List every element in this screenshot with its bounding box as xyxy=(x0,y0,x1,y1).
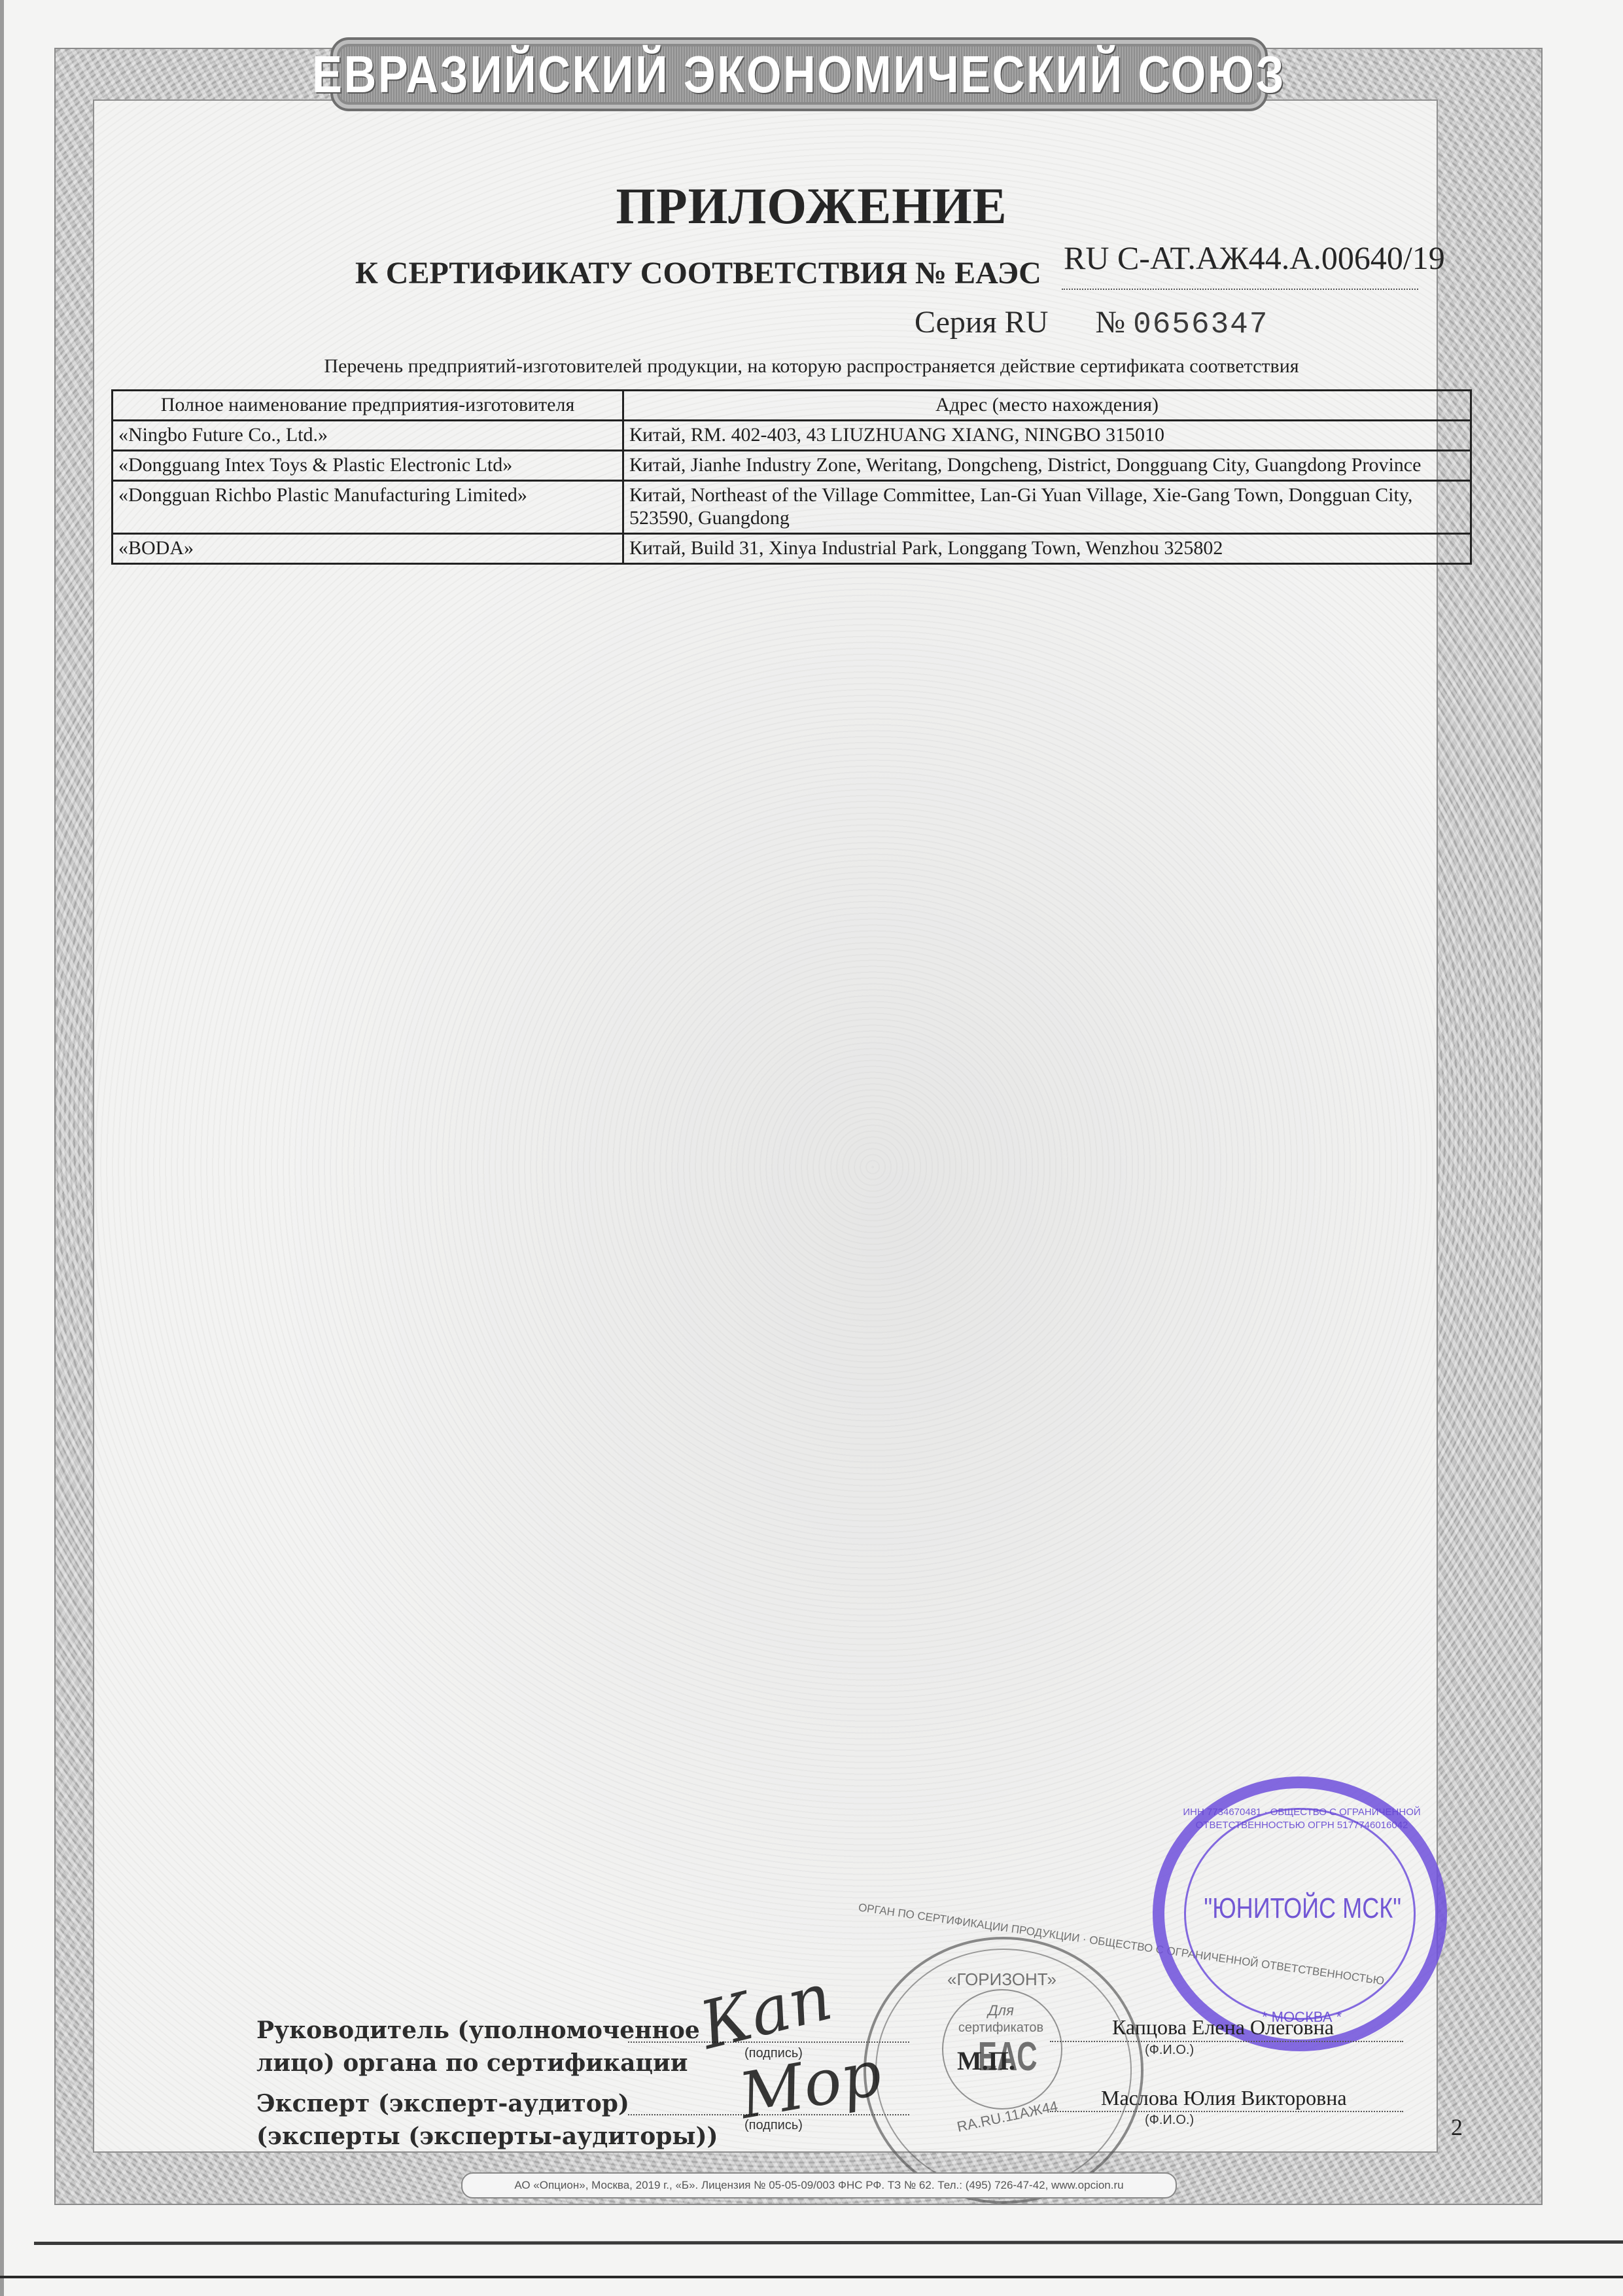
company-seal-outer-text: ИНН 7734670481 · ОБЩЕСТВО С ОГРАНИЧЕННОЙ… xyxy=(1164,1806,1439,1832)
table-header-row: Полное наименование предприятия-изготови… xyxy=(113,391,1471,421)
manufacturers-table: Полное наименование предприятия-изготови… xyxy=(111,389,1472,565)
column-header-address: Адрес (место нахождения) xyxy=(623,391,1471,421)
manufacturer-name: «BODA» xyxy=(113,534,623,564)
manufacturer-address: Китай, Jianhe Industry Zone, Weritang, D… xyxy=(623,451,1471,481)
manufacturer-name: «Ningbo Future Co., Ltd.» xyxy=(113,421,623,451)
expert-fio-caption: (Ф.И.О.) xyxy=(1145,2113,1194,2128)
banner-text: ЕВРАЗИЙСКИЙ ЭКОНОМИЧЕСКИЙ СОЮЗ xyxy=(312,44,1285,105)
certificate-subtitle: К СЕРТИФИКАТУ СООТВЕТСТВИЯ № ЕАЭС xyxy=(355,255,1041,291)
certificate-number: RU С-AT.АЖ44.А.00640/19 xyxy=(1064,239,1445,277)
seal-name: «ГОРИЗОНТ» xyxy=(947,1969,1052,1990)
manufacturer-name: «Dongguang Intex Toys & Plastic Electron… xyxy=(113,451,623,481)
page-bottom-edge xyxy=(0,2276,1623,2278)
manufacturer-name: «Dongguan Richbo Plastic Manufacturing L… xyxy=(113,481,623,534)
certificate-heading: К СЕРТИФИКАТУ СООТВЕТСТВИЯ № ЕАЭС RU С-A… xyxy=(355,239,1428,304)
table-row: «Ningbo Future Co., Ltd.» Китай, RM. 402… xyxy=(113,421,1471,451)
head-of-certification-label: Руководитель (уполномоченное лицо) орган… xyxy=(256,2014,700,2079)
manufacturers-list-caption: Перечень предприятий-изготовителей проду… xyxy=(0,355,1623,378)
printer-footer: АО «Опцион», Москва, 2019 г., «Б». Лицен… xyxy=(461,2172,1177,2199)
page-title: ПРИЛОЖЕНИЕ xyxy=(0,177,1623,236)
expert-label-line2: (эксперты (эксперты-аудиторы)) xyxy=(256,2120,718,2153)
head-name-line xyxy=(1050,2041,1403,2042)
head-fio-caption: (Ф.И.О.) xyxy=(1145,2043,1194,2058)
manufacturer-address: Китай, RM. 402-403, 43 LIUZHUANG XIANG, … xyxy=(623,421,1471,451)
series-row: Серия RU № 0656347 xyxy=(915,304,1268,342)
page-left-edge xyxy=(0,0,4,2296)
seal-inner-line1: Для xyxy=(962,2002,1040,2019)
manufacturer-address: Китай, Northeast of the Village Committe… xyxy=(623,481,1471,534)
printer-footer-text: АО «Опцион», Москва, 2019 г., «Б». Лицен… xyxy=(514,2179,1123,2192)
head-label-line2: лицо) органа по сертификации xyxy=(256,2047,700,2079)
table-row: «Dongguang Intex Toys & Plastic Electron… xyxy=(113,451,1471,481)
seal-mark: М.П. xyxy=(957,2045,1015,2076)
page-number: 2 xyxy=(1451,2113,1463,2141)
table-row: «BODA» Китай, Build 31, Xinya Industrial… xyxy=(113,534,1471,564)
column-header-name: Полное наименование предприятия-изготови… xyxy=(113,391,623,421)
expert-label: Эксперт (эксперт-аудитор) (эксперты (экс… xyxy=(256,2087,718,2153)
expert-name: Маслова Юлия Викторовна xyxy=(1101,2086,1347,2110)
expert-name-line xyxy=(1050,2111,1403,2112)
table-row: «Dongguan Richbo Plastic Manufacturing L… xyxy=(113,481,1471,534)
head-name: Капцова Елена Олеговна xyxy=(1112,2015,1334,2040)
series-label: Серия RU xyxy=(915,305,1048,340)
series-number: 0656347 xyxy=(1133,308,1268,342)
certificate-number-underline xyxy=(1062,289,1418,290)
company-seal-name: "ЮНИТОЙС МСК" xyxy=(1204,1892,1397,1925)
series-number-prefix: № xyxy=(1095,305,1125,340)
union-banner: ЕВРАЗИЙСКИЙ ЭКОНОМИЧЕСКИЙ СОЮЗ xyxy=(330,37,1268,111)
manufacturer-address: Китай, Build 31, Xinya Industrial Park, … xyxy=(623,534,1471,564)
page-bottom-rule xyxy=(34,2240,1623,2245)
